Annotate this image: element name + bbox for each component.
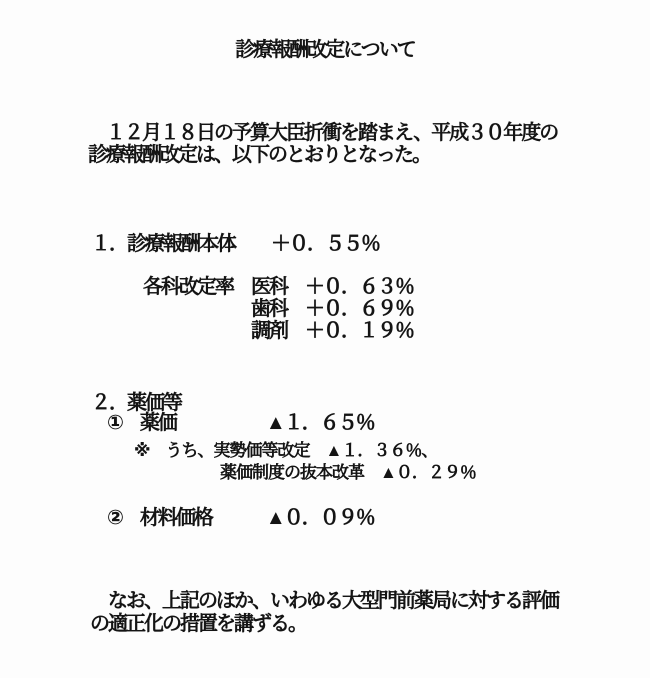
intro-line: 診療報酬改定は、以下のとおりとなった。 bbox=[88, 144, 557, 166]
section-1-heading: １．診療報酬本体 ＋０．５５％ bbox=[91, 227, 379, 256]
document-page: 診療報酬改定について １２月１８日の予算大臣折衝を踏まえ、平成３０年度の 診療報… bbox=[0, 0, 650, 678]
drug-price-note-line-2: 薬価制度の抜本改革 ▲０．２９％ bbox=[220, 458, 476, 483]
item-1-drug-price: ① 薬価 ▲１．６５％ bbox=[107, 406, 374, 435]
closing-line: なお、上記のほか、いわゆる大型門前薬局に対する評価 bbox=[90, 590, 558, 613]
rate-line-chozai: 調剤 ＋０．１９％ bbox=[143, 320, 413, 342]
item-2-material-price: ② 材料価格 ▲０．０９％ bbox=[107, 501, 374, 530]
rate-line-shika: 歯科 ＋０．６９％ bbox=[143, 298, 413, 320]
intro-line: １２月１８日の予算大臣折衝を踏まえ、平成３０年度の bbox=[88, 122, 557, 144]
rate-breakdown: 各科改定率 医科 ＋０．６３％ 歯科 ＋０．６９％ 調剤 ＋０．１９％ bbox=[143, 276, 413, 342]
doc-title: 診療報酬改定について bbox=[0, 33, 650, 62]
closing-paragraph: なお、上記のほか、いわゆる大型門前薬局に対する評価 の適正化の措置を講ずる。 bbox=[90, 590, 558, 636]
closing-line: の適正化の措置を講ずる。 bbox=[90, 613, 558, 636]
intro-paragraph: １２月１８日の予算大臣折衝を踏まえ、平成３０年度の 診療報酬改定は、以下のとおり… bbox=[88, 122, 557, 166]
rate-line-ika: 各科改定率 医科 ＋０．６３％ bbox=[143, 276, 413, 298]
